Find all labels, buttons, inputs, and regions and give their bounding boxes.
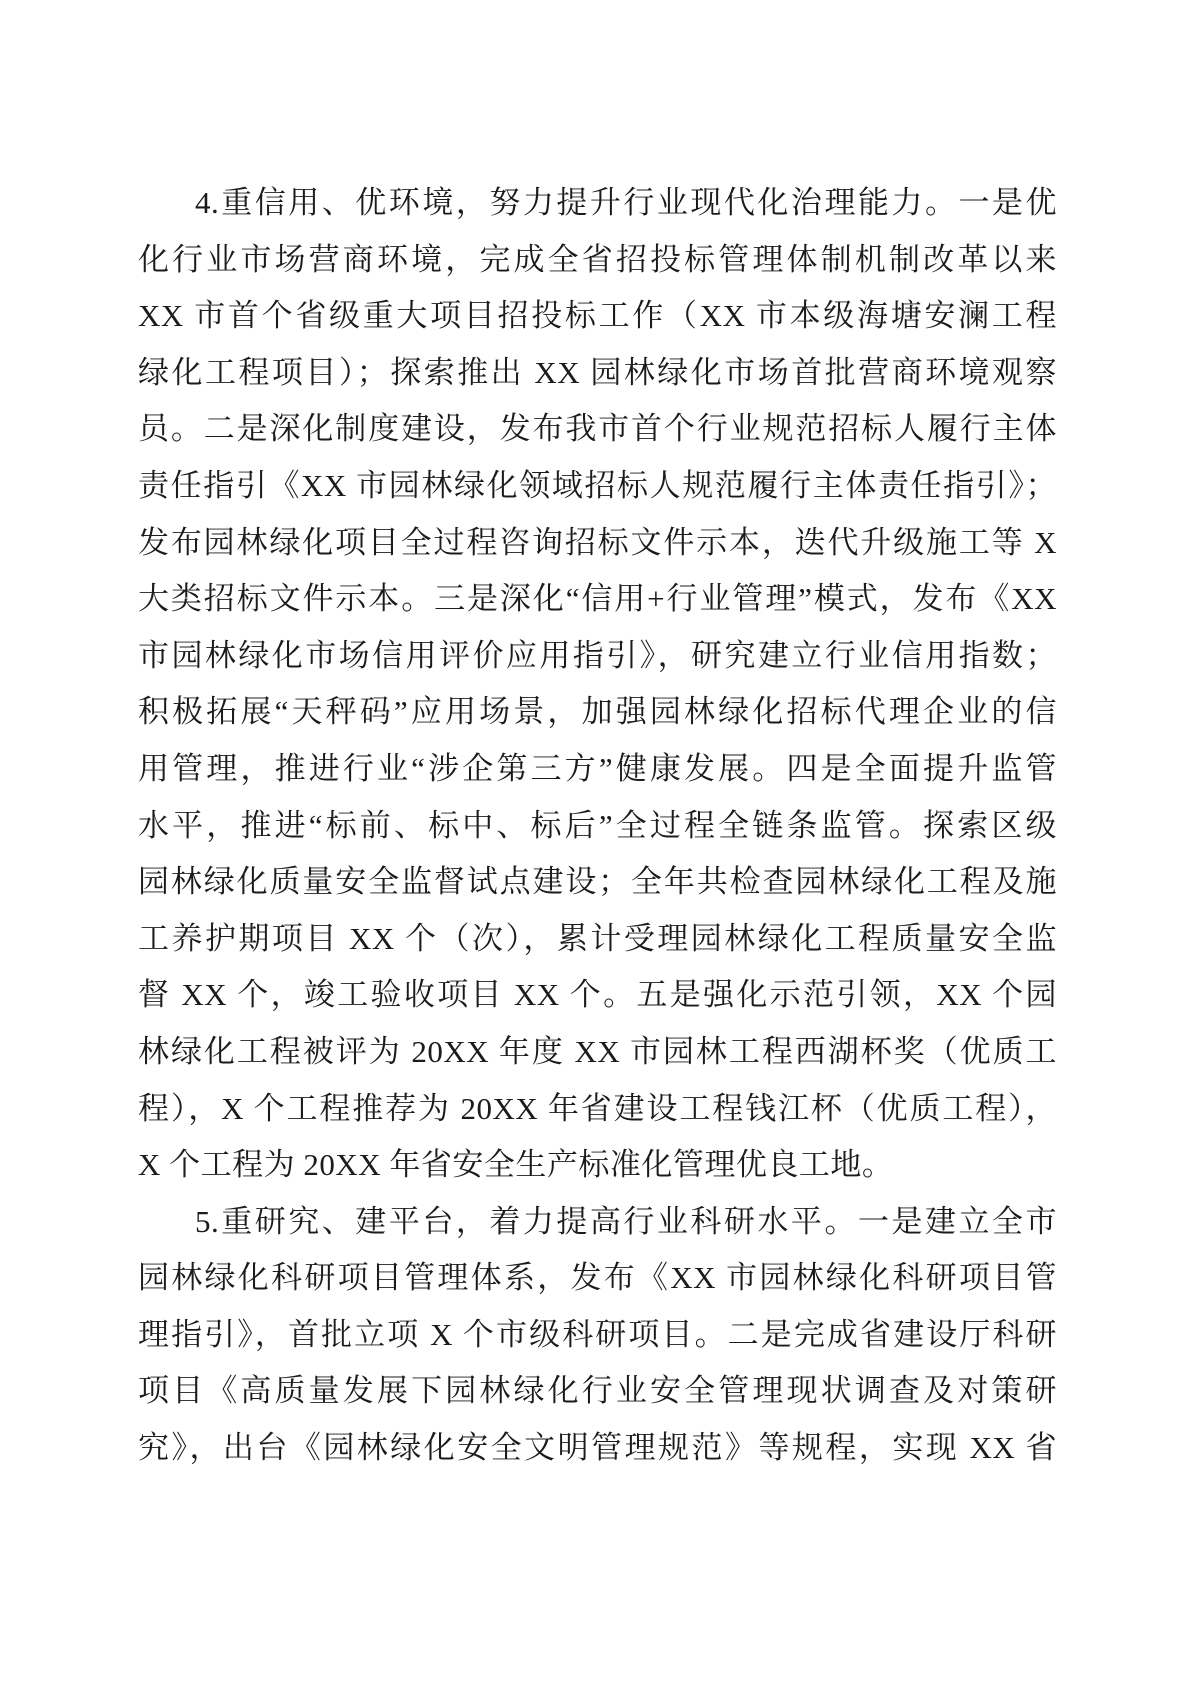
- text-line: 4.重信用、优环境，努力提升行业现代化治理能力。一是优: [138, 175, 1057, 232]
- text-line: 绿化工程项目）；探索推出 XX 园林绿化市场首批营商环境观察: [138, 345, 1057, 402]
- text-line: 理指引》，首批立项 X 个市级科研项目。二是完成省建设厅科研: [138, 1307, 1057, 1364]
- paragraph-item-5: 5.重研究、建平台，着力提高行业科研水平。一是建立全市 园林绿化科研项目管理体系…: [138, 1194, 1057, 1477]
- text-line: 督 XX 个，竣工验收项目 XX 个。五是强化示范引领，XX 个园: [138, 967, 1057, 1024]
- text-line: 林绿化工程被评为 20XX 年度 XX 市园林工程西湖杯奖（优质工: [138, 1024, 1057, 1081]
- text-line: 园林绿化科研项目管理体系，发布《XX 市园林绿化科研项目管: [138, 1250, 1057, 1307]
- text-line: 大类招标文件示本。三是深化“信用+行业管理”模式，发布《XX: [138, 571, 1057, 628]
- text-line: 化行业市场营商环境，完成全省招投标管理体制机制改革以来: [138, 232, 1057, 289]
- text-line: XX 市首个省级重大项目招投标工作（XX 市本级海塘安澜工程: [138, 288, 1057, 345]
- text-line: 5.重研究、建平台，着力提高行业科研水平。一是建立全市: [138, 1194, 1057, 1251]
- text-block: 4.重信用、优环境，努力提升行业现代化治理能力。一是优 化行业市场营商环境，完成…: [138, 175, 1057, 1477]
- paragraph-item-4: 4.重信用、优环境，努力提升行业现代化治理能力。一是优 化行业市场营商环境，完成…: [138, 175, 1057, 1194]
- text-line: 责任指引《XX 市园林绿化领域招标人规范履行主体责任指引》；: [138, 458, 1057, 515]
- text-line: 发布园林绿化项目全过程咨询招标文件示本，迭代升级施工等 X: [138, 515, 1057, 572]
- text-line: X 个工程为 20XX 年省安全生产标准化管理优良工地。: [138, 1137, 1057, 1194]
- text-line: 程），X 个工程推荐为 20XX 年省建设工程钱江杯（优质工程），: [138, 1081, 1057, 1138]
- text-line: 工养护期项目 XX 个（次），累计受理园林绿化工程质量安全监: [138, 911, 1057, 968]
- text-line: 用管理，推进行业“涉企第三方”健康发展。四是全面提升监管: [138, 741, 1057, 798]
- text-line: 园林绿化质量安全监督试点建设；全年共检查园林绿化工程及施: [138, 854, 1057, 911]
- text-line: 积极拓展“天秤码”应用场景，加强园林绿化招标代理企业的信: [138, 684, 1057, 741]
- text-line: 市园林绿化市场信用评价应用指引》，研究建立行业信用指数；: [138, 628, 1057, 685]
- text-line: 水平，推进“标前、标中、标后”全过程全链条监管。探索区级: [138, 798, 1057, 855]
- document-page: 4.重信用、优环境，努力提升行业现代化治理能力。一是优 化行业市场营商环境，完成…: [0, 0, 1190, 1683]
- text-line: 员。二是深化制度建设，发布我市首个行业规范招标人履行主体: [138, 401, 1057, 458]
- text-line: 究》，出台《园林绿化安全文明管理规范》等规程，实现 XX 省: [138, 1420, 1057, 1477]
- text-line: 项目《高质量发展下园林绿化行业安全管理现状调查及对策研: [138, 1363, 1057, 1420]
